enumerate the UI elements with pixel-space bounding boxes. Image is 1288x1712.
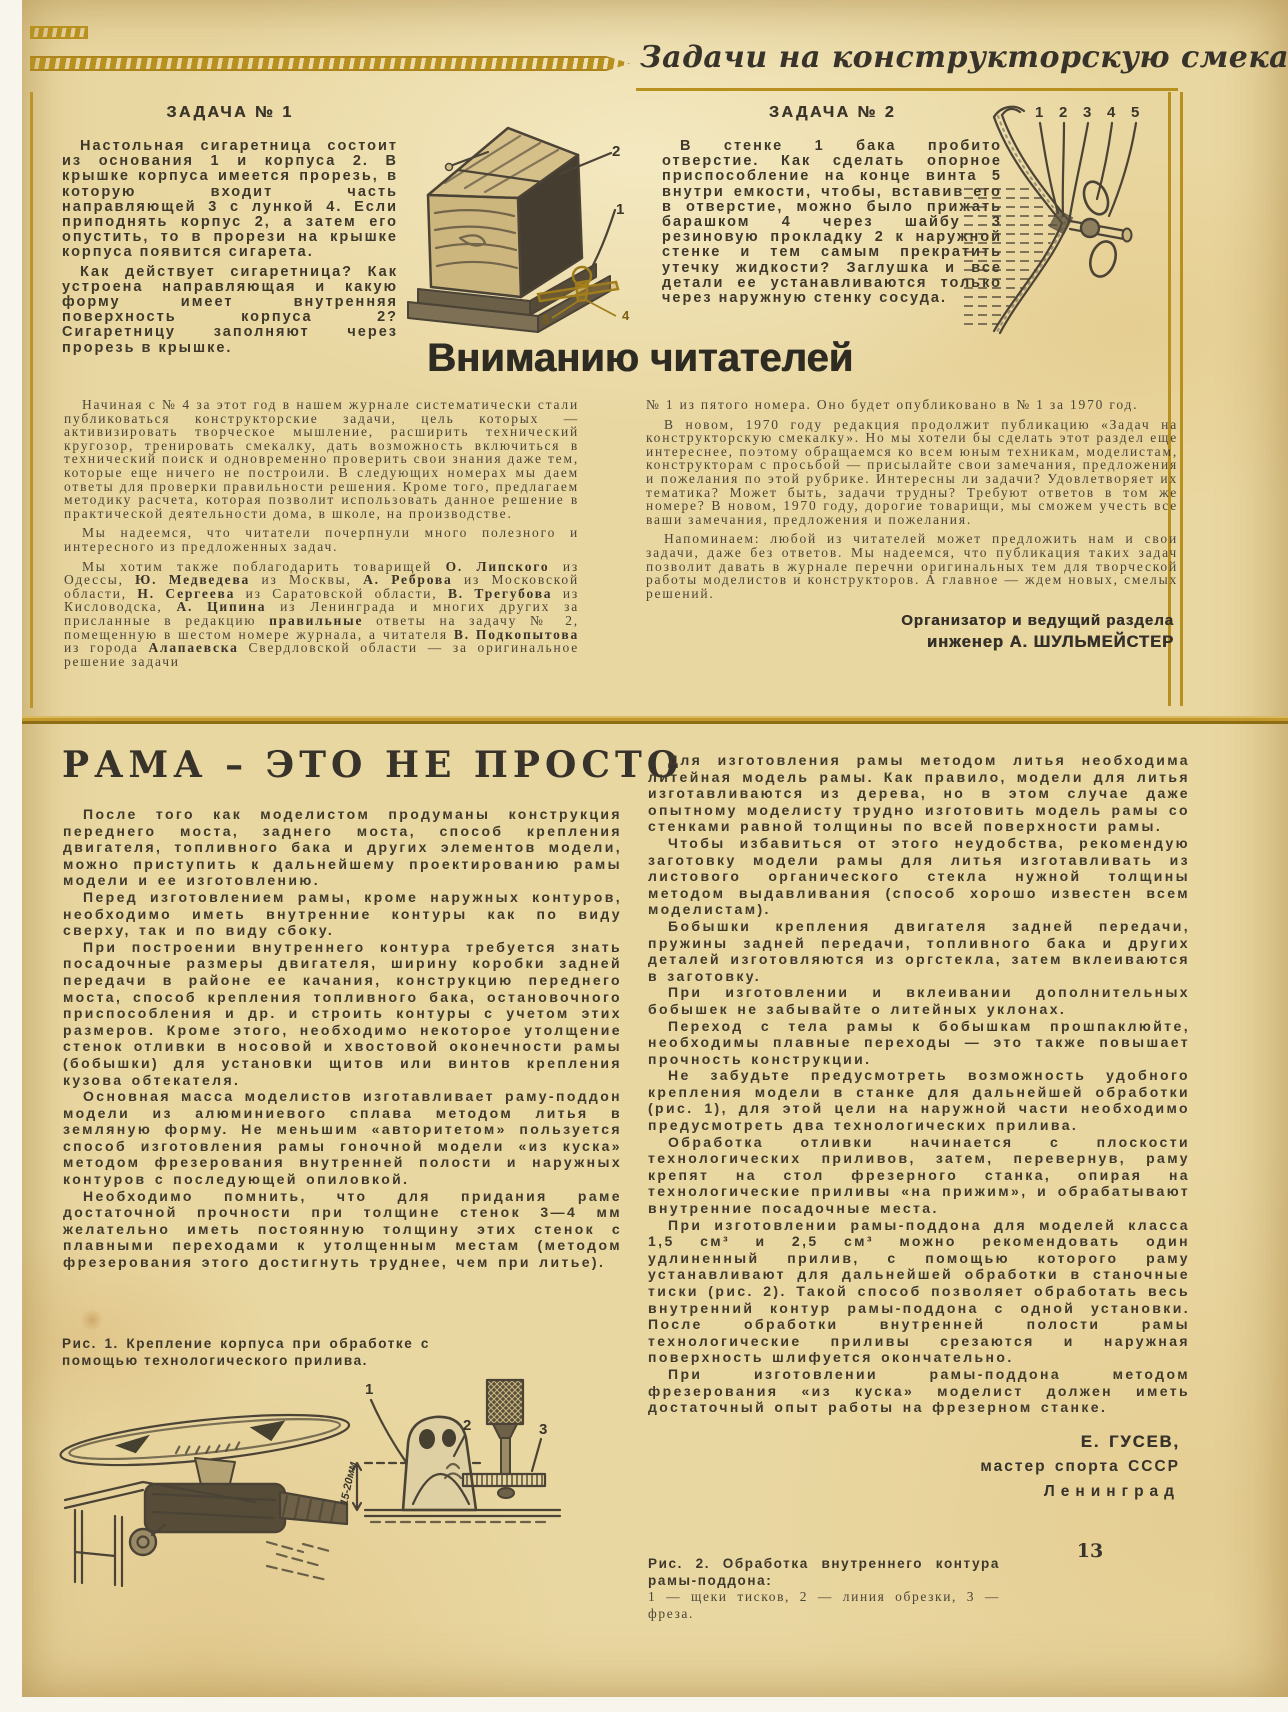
figure1-machine-illustration bbox=[55, 1392, 355, 1587]
tank-plug-illustration: 1 2 3 4 5 bbox=[950, 95, 1175, 350]
figure2-caption-title: Рис. 2. Обработка внутреннего контура ра… bbox=[648, 1556, 1000, 1588]
notice-paragraph: В новом, 1970 году редакция продолжит пу… bbox=[646, 418, 1178, 527]
figure1-caption: Рис. 1. Крепление корпуса при обработке … bbox=[62, 1336, 430, 1369]
task2-figure-label-3: 3 bbox=[1083, 104, 1091, 121]
task1-heading: ЗАДАЧА № 1 bbox=[60, 104, 400, 122]
task1-body: Настольная сигаретница состоит из основа… bbox=[62, 139, 398, 360]
task2-figure-label-4: 4 bbox=[1107, 104, 1116, 121]
task2-figure-label-5: 5 bbox=[1131, 104, 1139, 121]
article-paragraph: При изготовлении рамы-поддона методом фр… bbox=[648, 1366, 1190, 1416]
task1-figure-label-4: 4 bbox=[622, 308, 630, 323]
article-paragraph: При изготовлении и вклеивании дополнител… bbox=[648, 984, 1190, 1017]
article-paragraph: При построении внутреннего контура требу… bbox=[63, 939, 622, 1088]
task1-figure-label-1: 1 bbox=[616, 201, 624, 218]
article-paragraph: Перед изготовлением рамы, кроме наружных… bbox=[63, 889, 622, 939]
notice-paragraph: № 1 из пятого номера. Оно будет опублико… bbox=[646, 398, 1178, 412]
article-paragraph: Обработка отливки начинается с плоскости… bbox=[648, 1134, 1190, 1217]
cigarette-box-illustration: 2 1 3 4 bbox=[390, 98, 680, 338]
article-right-column: Для изготовления рамы методом литья необ… bbox=[648, 752, 1190, 1505]
article-paragraph: После того как моделистом продуманы конс… bbox=[63, 806, 622, 889]
article-paragraph: Переход с тела рамы к бобышкам прошпаклю… bbox=[648, 1018, 1190, 1068]
figure2-label-3: 3 bbox=[539, 1421, 547, 1438]
title-underline-rule bbox=[636, 88, 1178, 91]
section-masthead-title: Задачи на конструкторскую смекалку bbox=[640, 40, 1180, 75]
task1-paragraph: Настольная сигаретница состоит из основа… bbox=[62, 139, 398, 261]
author-name: Е. ГУСЕВ, bbox=[648, 1430, 1180, 1455]
author-title: мастер спорта СССР bbox=[648, 1455, 1180, 1479]
signature-role: Организатор и ведущий раздела bbox=[646, 610, 1174, 631]
article-paragraph: Бобышки крепления двигателя задней перед… bbox=[648, 918, 1190, 984]
notice-left-column: Начиная с № 4 за этот год в нашем журнал… bbox=[64, 398, 579, 674]
signature-name: инженер А. ШУЛЬМЕЙСТЕР bbox=[646, 631, 1174, 654]
paper-background: Задачи на конструкторскую смекалку ЗАДАЧ… bbox=[22, 0, 1288, 1697]
corner-ornament bbox=[30, 26, 88, 39]
notice-signature: Организатор и ведущий раздела инженер А.… bbox=[646, 610, 1178, 654]
article-paragraph: Не забудьте предусмотреть возможность уд… bbox=[648, 1067, 1190, 1133]
article-paragraph: Основная масса моделистов изготавливает … bbox=[63, 1088, 622, 1188]
task2-figure-label-2: 2 bbox=[1059, 104, 1067, 121]
figure2-label-2: 2 bbox=[463, 1417, 471, 1434]
figure2-label-1: 1 bbox=[365, 1381, 373, 1398]
author-city: Ленинград bbox=[648, 1479, 1180, 1505]
article-paragraph: Для изготовления рамы методом литья необ… bbox=[648, 752, 1190, 835]
task1-figure-label-3: 3 bbox=[542, 312, 549, 327]
article-paragraph: При изготовлении рамы-поддона для моделе… bbox=[648, 1217, 1190, 1366]
header-ornament-band bbox=[30, 56, 630, 71]
article-left-column: После того как моделистом продуманы конс… bbox=[63, 806, 622, 1271]
figure2-caption: Рис. 2. Обработка внутреннего контура ра… bbox=[648, 1556, 1000, 1622]
notice-paragraph: Напоминаем: любой из читателей может пре… bbox=[646, 532, 1178, 600]
article-paragraph: Чтобы избавиться от этого неудобства, ре… bbox=[648, 835, 1190, 918]
left-border-rule bbox=[30, 92, 33, 708]
section-separator-rule bbox=[22, 716, 1288, 724]
article-heading: РАМА – ЭТО НЕ ПРОСТО bbox=[62, 744, 624, 786]
article-author-block: Е. ГУСЕВ, мастер спорта СССР Ленинград bbox=[648, 1430, 1190, 1505]
notice-right-column: № 1 из пятого номера. Оно будет опублико… bbox=[646, 398, 1178, 654]
notice-paragraph: Мы надеемся, что читатели почерпнули мно… bbox=[64, 526, 579, 553]
figure2-vise-cutter-illustration: 1 15-20мм 2 3 bbox=[335, 1372, 565, 1587]
notice-paragraph: Начиная с № 4 за этот год в нашем журнал… bbox=[64, 398, 579, 520]
page-number: 13 bbox=[1060, 1540, 1120, 1562]
article-paragraph: Необходимо помнить, что для придания рам… bbox=[63, 1188, 622, 1271]
task2-figure-label-1: 1 bbox=[1035, 104, 1043, 121]
magazine-page-scan: Задачи на конструкторскую смекалку ЗАДАЧ… bbox=[0, 0, 1288, 1712]
task1-figure-label-2: 2 bbox=[612, 143, 620, 160]
figure2-caption-legend: 1 — щеки тисков, 2 — линия обрезки, 3 — … bbox=[648, 1589, 1000, 1621]
notice-paragraph-thanks: Мы хотим также поблагодарить товарищей О… bbox=[64, 560, 579, 669]
notice-heading: Вниманию читателей bbox=[140, 336, 1140, 381]
